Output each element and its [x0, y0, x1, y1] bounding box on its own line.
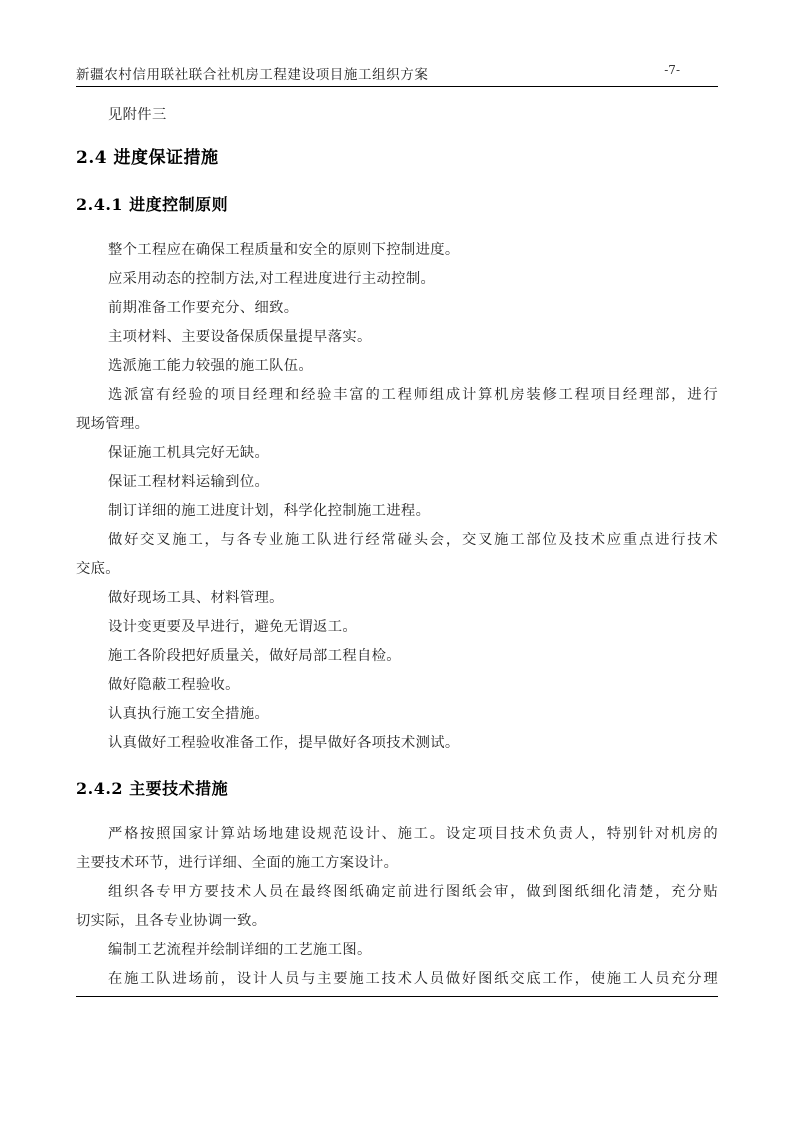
paragraph-line: 现场管理。 — [76, 413, 718, 433]
paragraph-line: 做好隐蔽工程验收。 — [76, 674, 750, 694]
paragraph-line: 主要技术环节，进行详细、全面的施工方案设计。 — [76, 852, 718, 872]
paragraph-line: 设计变更要及早进行，避免无谓返工。 — [76, 616, 750, 636]
paragraph-line: 做好现场工具、材料管理。 — [76, 587, 750, 607]
paragraph-line: 编制工艺流程并绘制详细的工艺施工图。 — [76, 939, 750, 959]
paragraph-line: 整个工程应在确保工程质量和安全的原则下控制进度。 — [76, 239, 750, 259]
section-heading-2-4-2: 2.4.2 主要技术措施 — [76, 776, 228, 799]
paragraph-line: 严格按照国家计算站场地建设规范设计、施工。设定项目技术负责人，特别针对机房的 — [76, 823, 718, 843]
paragraph-line: 切实际，且各专业协调一致。 — [76, 910, 718, 930]
header-title: 新疆农村信用联社联合社机房工程建设项目施工组织方案 — [76, 63, 429, 83]
paragraph-line: 交底。 — [76, 558, 718, 578]
document-page: 新疆农村信用联社联合社机房工程建设项目施工组织方案 -7- 见附件三 2.4 进… — [0, 0, 793, 1122]
paragraph-line: 认真执行施工安全措施。 — [76, 703, 750, 723]
header-rule — [76, 86, 718, 87]
footer-rule — [76, 996, 718, 997]
paragraph-line: 选派施工能力较强的施工队伍。 — [76, 355, 750, 375]
paragraph-line: 制订详细的施工进度计划，科学化控制施工进程。 — [76, 500, 750, 520]
paragraph-line: 做好交叉施工，与各专业施工队进行经常碰头会，交叉施工部位及技术应重点进行技术 — [76, 529, 718, 549]
paragraph-line: 选派富有经验的项目经理和经验丰富的工程师组成计算机房装修工程项目经理部，进行 — [76, 384, 718, 404]
paragraph-line: 施工各阶段把好质量关，做好局部工程自检。 — [76, 645, 750, 665]
paragraph-line: 主项材料、主要设备保质保量提早落实。 — [76, 326, 750, 346]
intro-text: 见附件三 — [76, 104, 750, 124]
paragraph-line: 在施工队进场前，设计人员与主要施工技术人员做好图纸交底工作，使施工人员充分理 — [76, 968, 718, 988]
paragraph-line: 前期准备工作要充分、细致。 — [76, 297, 750, 317]
section-heading-2-4-1: 2.4.1 进度控制原则 — [76, 192, 228, 215]
page-number: -7- — [664, 63, 680, 77]
paragraph-line: 保证工程材料运输到位。 — [76, 471, 750, 491]
paragraph-line: 应采用动态的控制方法,对工程进度进行主动控制。 — [76, 268, 750, 288]
section-heading-2-4: 2.4 进度保证措施 — [76, 143, 219, 168]
paragraph-line: 组织各专甲方要技术人员在最终图纸确定前进行图纸会审，做到图纸细化清楚，充分贴 — [76, 881, 718, 901]
paragraph-line: 保证施工机具完好无缺。 — [76, 442, 750, 462]
paragraph-line: 认真做好工程验收准备工作，提早做好各项技术测试。 — [76, 732, 750, 752]
page-header: 新疆农村信用联社联合社机房工程建设项目施工组织方案 -7- — [76, 63, 718, 85]
